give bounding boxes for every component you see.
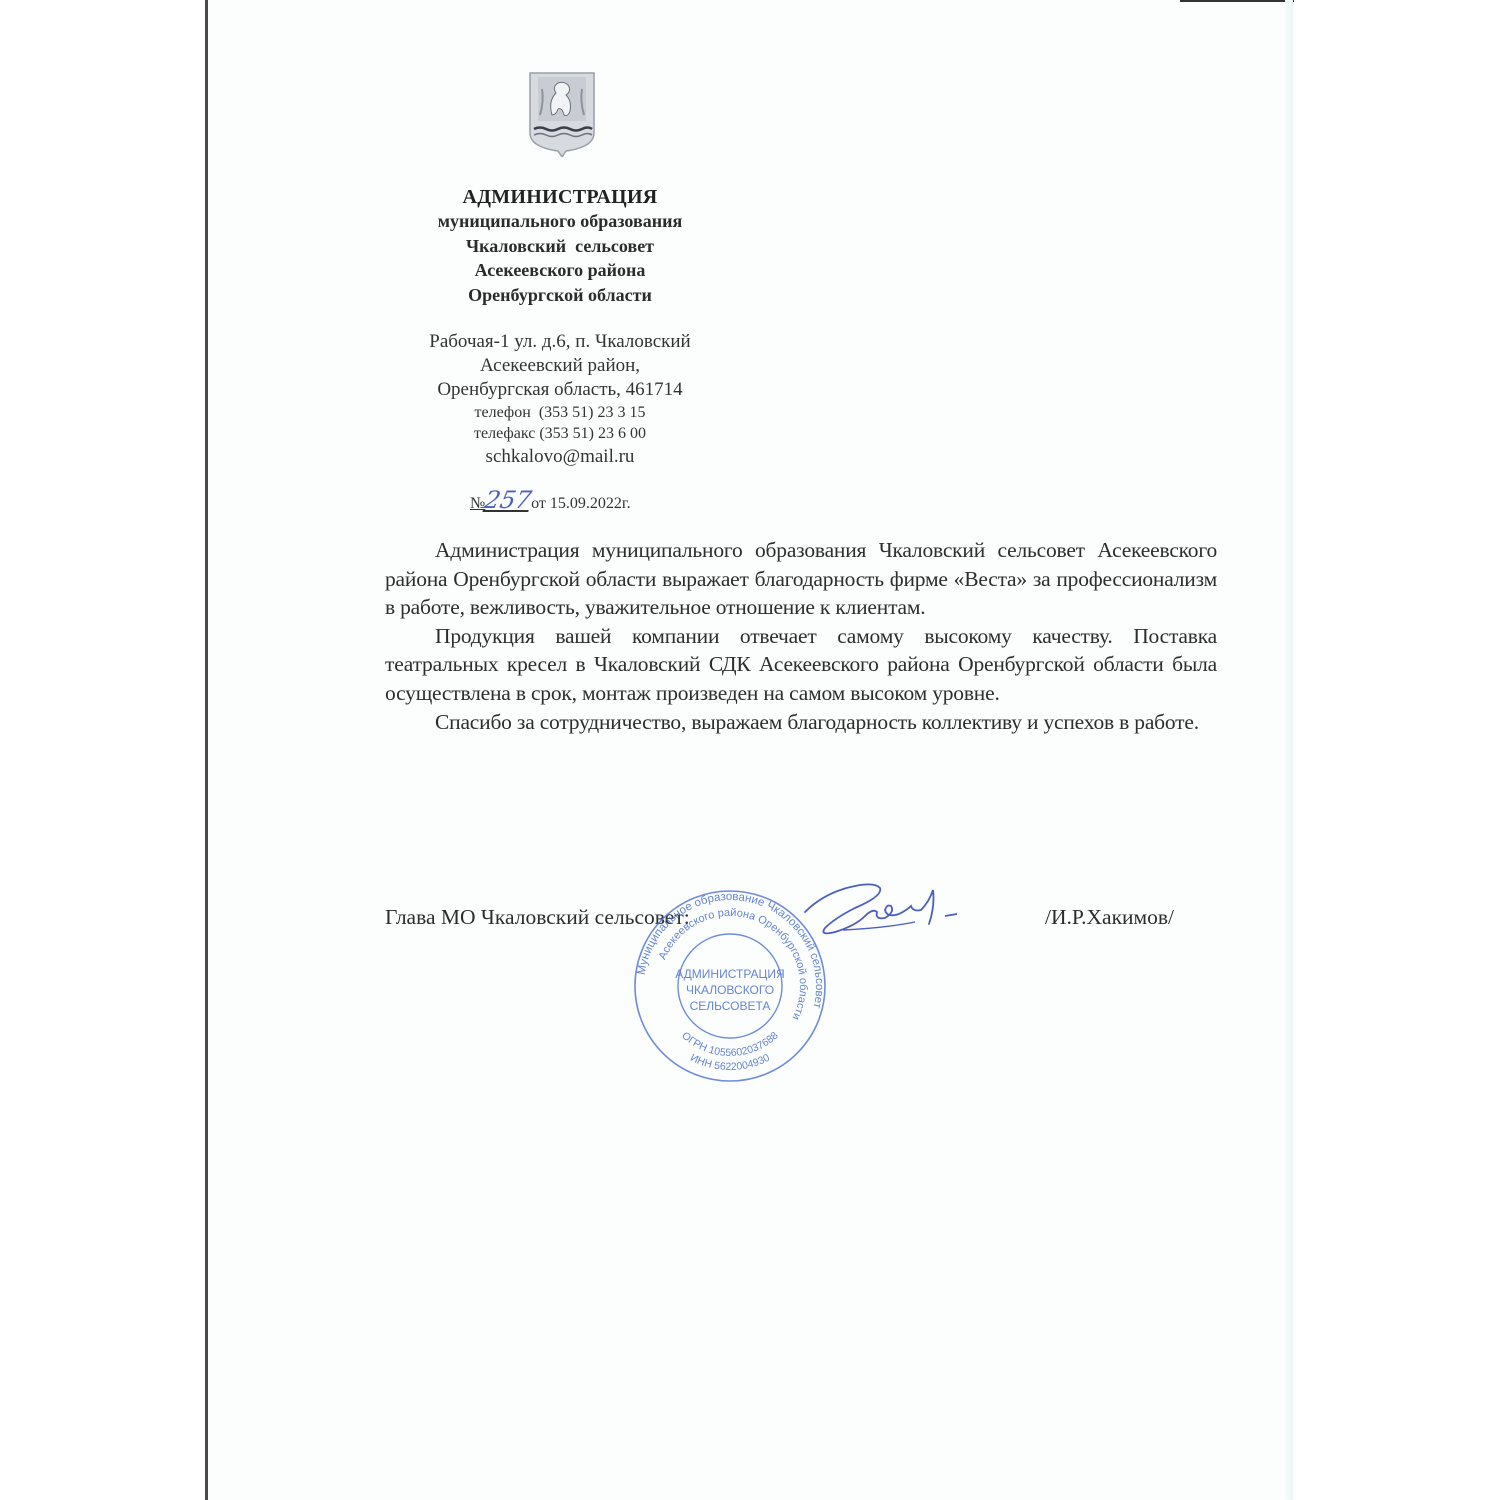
letter-page bbox=[205, 0, 1296, 1500]
registration-number: №257от 15.09.2022г. bbox=[470, 486, 631, 514]
letter-body: Администрация муниципального образования… bbox=[385, 536, 1217, 736]
phone-number: телефон (353 51) 23 3 15 bbox=[390, 402, 730, 423]
body-paragraph: Продукция вашей компании отвечает самому… bbox=[385, 622, 1217, 708]
letterhead: АДМИНИСТРАЦИЯ муниципального образования… bbox=[400, 185, 720, 307]
handwritten-signature bbox=[795, 872, 995, 942]
org-line: Асекеевского района bbox=[400, 258, 720, 283]
registration-date: от 15.09.2022г. bbox=[531, 495, 631, 512]
address-line: Асекеевский район, bbox=[390, 354, 730, 378]
contact-block: Рабочая-1 ул. д.6, п. Чкаловский Асекеев… bbox=[390, 330, 730, 469]
address-line: Оренбургская область, 461714 bbox=[390, 378, 730, 402]
address-line: Рабочая-1 ул. д.6, п. Чкаловский bbox=[390, 330, 730, 354]
body-paragraph: Спасибо за сотрудничество, выражаем благ… bbox=[385, 708, 1217, 737]
page-edge-shade bbox=[1285, 0, 1293, 1500]
org-line: муниципального образования bbox=[400, 209, 720, 234]
stamp-center-line: СЕЛЬСОВЕТА bbox=[690, 999, 771, 1013]
stamp-center-line: АДМИНИСТРАЦИЯ bbox=[675, 967, 784, 981]
coat-of-arms-icon bbox=[528, 71, 596, 157]
org-line: Оренбургской области bbox=[400, 283, 720, 308]
stamp-center-line: ЧКАЛОВСКОГО bbox=[686, 983, 774, 997]
email-address: schkalovo@mail.ru bbox=[390, 444, 730, 469]
handwritten-number: 257 bbox=[482, 486, 534, 514]
fax-number: телефакс (353 51) 23 6 00 bbox=[390, 423, 730, 444]
body-paragraph: Администрация муниципального образования… bbox=[385, 536, 1217, 622]
page-edge bbox=[1180, 0, 1294, 2]
signer-name: /И.Р.Хакимов/ bbox=[1045, 905, 1174, 930]
org-line: Чкаловский сельсовет bbox=[400, 234, 720, 259]
org-title: АДМИНИСТРАЦИЯ bbox=[400, 185, 720, 209]
